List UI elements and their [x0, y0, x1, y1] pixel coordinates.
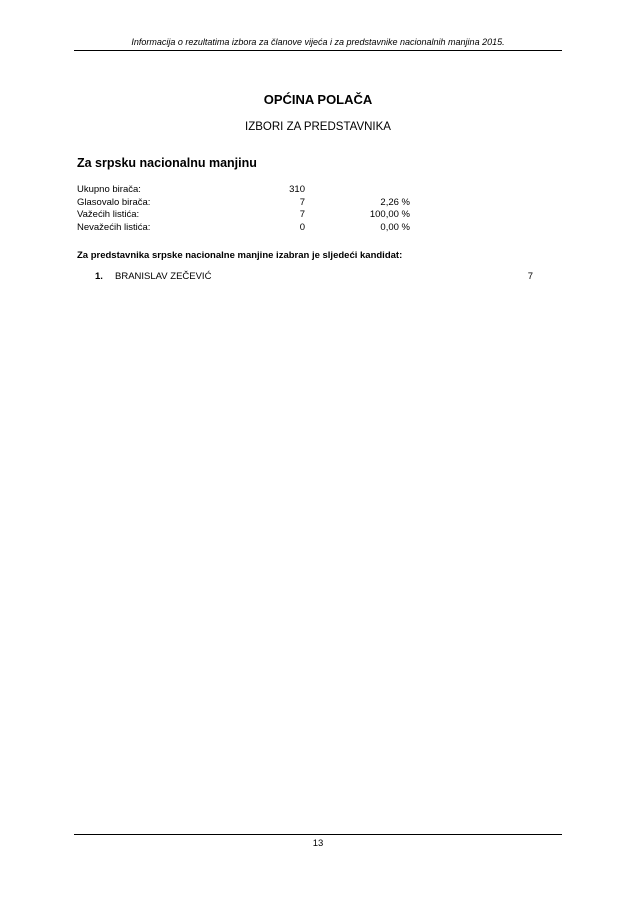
- election-type-heading: IZBORI ZA PREDSTAVNIKA: [0, 120, 636, 134]
- stat-label: Nevažećih listića:: [77, 222, 150, 235]
- municipality-title: OPĆINA POLAČA: [0, 92, 636, 108]
- voting-statistics: Ukupno birača: 310 Glasovalo birača: 7 2…: [77, 184, 413, 234]
- stat-label: Ukupno birača:: [77, 184, 141, 197]
- stat-count: 7: [300, 209, 305, 222]
- stat-row-total-voters: Ukupno birača: 310: [77, 184, 413, 197]
- stat-count: 0: [300, 222, 305, 235]
- candidate-number: 1.: [95, 270, 103, 283]
- stat-row-valid-ballots: Važećih listića: 7 100,00 %: [77, 209, 413, 222]
- section-title: Za srpsku nacionalnu manjinu: [77, 155, 257, 171]
- stat-label: Važećih listića:: [77, 209, 139, 222]
- stat-percent: 100,00 %: [370, 209, 410, 222]
- stat-row-voted: Glasovalo birača: 7 2,26 %: [77, 197, 413, 210]
- stat-count: 310: [289, 184, 305, 197]
- stat-count: 7: [300, 197, 305, 210]
- stat-percent: 2,26 %: [380, 197, 410, 210]
- candidate-row: 1. BRANISLAV ZEČEVIĆ 7: [77, 270, 533, 283]
- running-header: Informacija o rezultatima izbora za član…: [74, 36, 562, 48]
- stat-row-invalid-ballots: Nevažećih listića: 0 0,00 %: [77, 222, 413, 235]
- candidate-votes: 7: [528, 270, 533, 283]
- stat-percent: 0,00 %: [380, 222, 410, 235]
- elected-candidate-intro: Za predstavnika srpske nacionalne manjin…: [77, 250, 402, 262]
- page-number: 13: [0, 838, 636, 850]
- stat-label: Glasovalo birača:: [77, 197, 150, 210]
- header-divider: [74, 50, 562, 51]
- footer-divider: [74, 834, 562, 835]
- candidate-name: BRANISLAV ZEČEVIĆ: [115, 270, 211, 283]
